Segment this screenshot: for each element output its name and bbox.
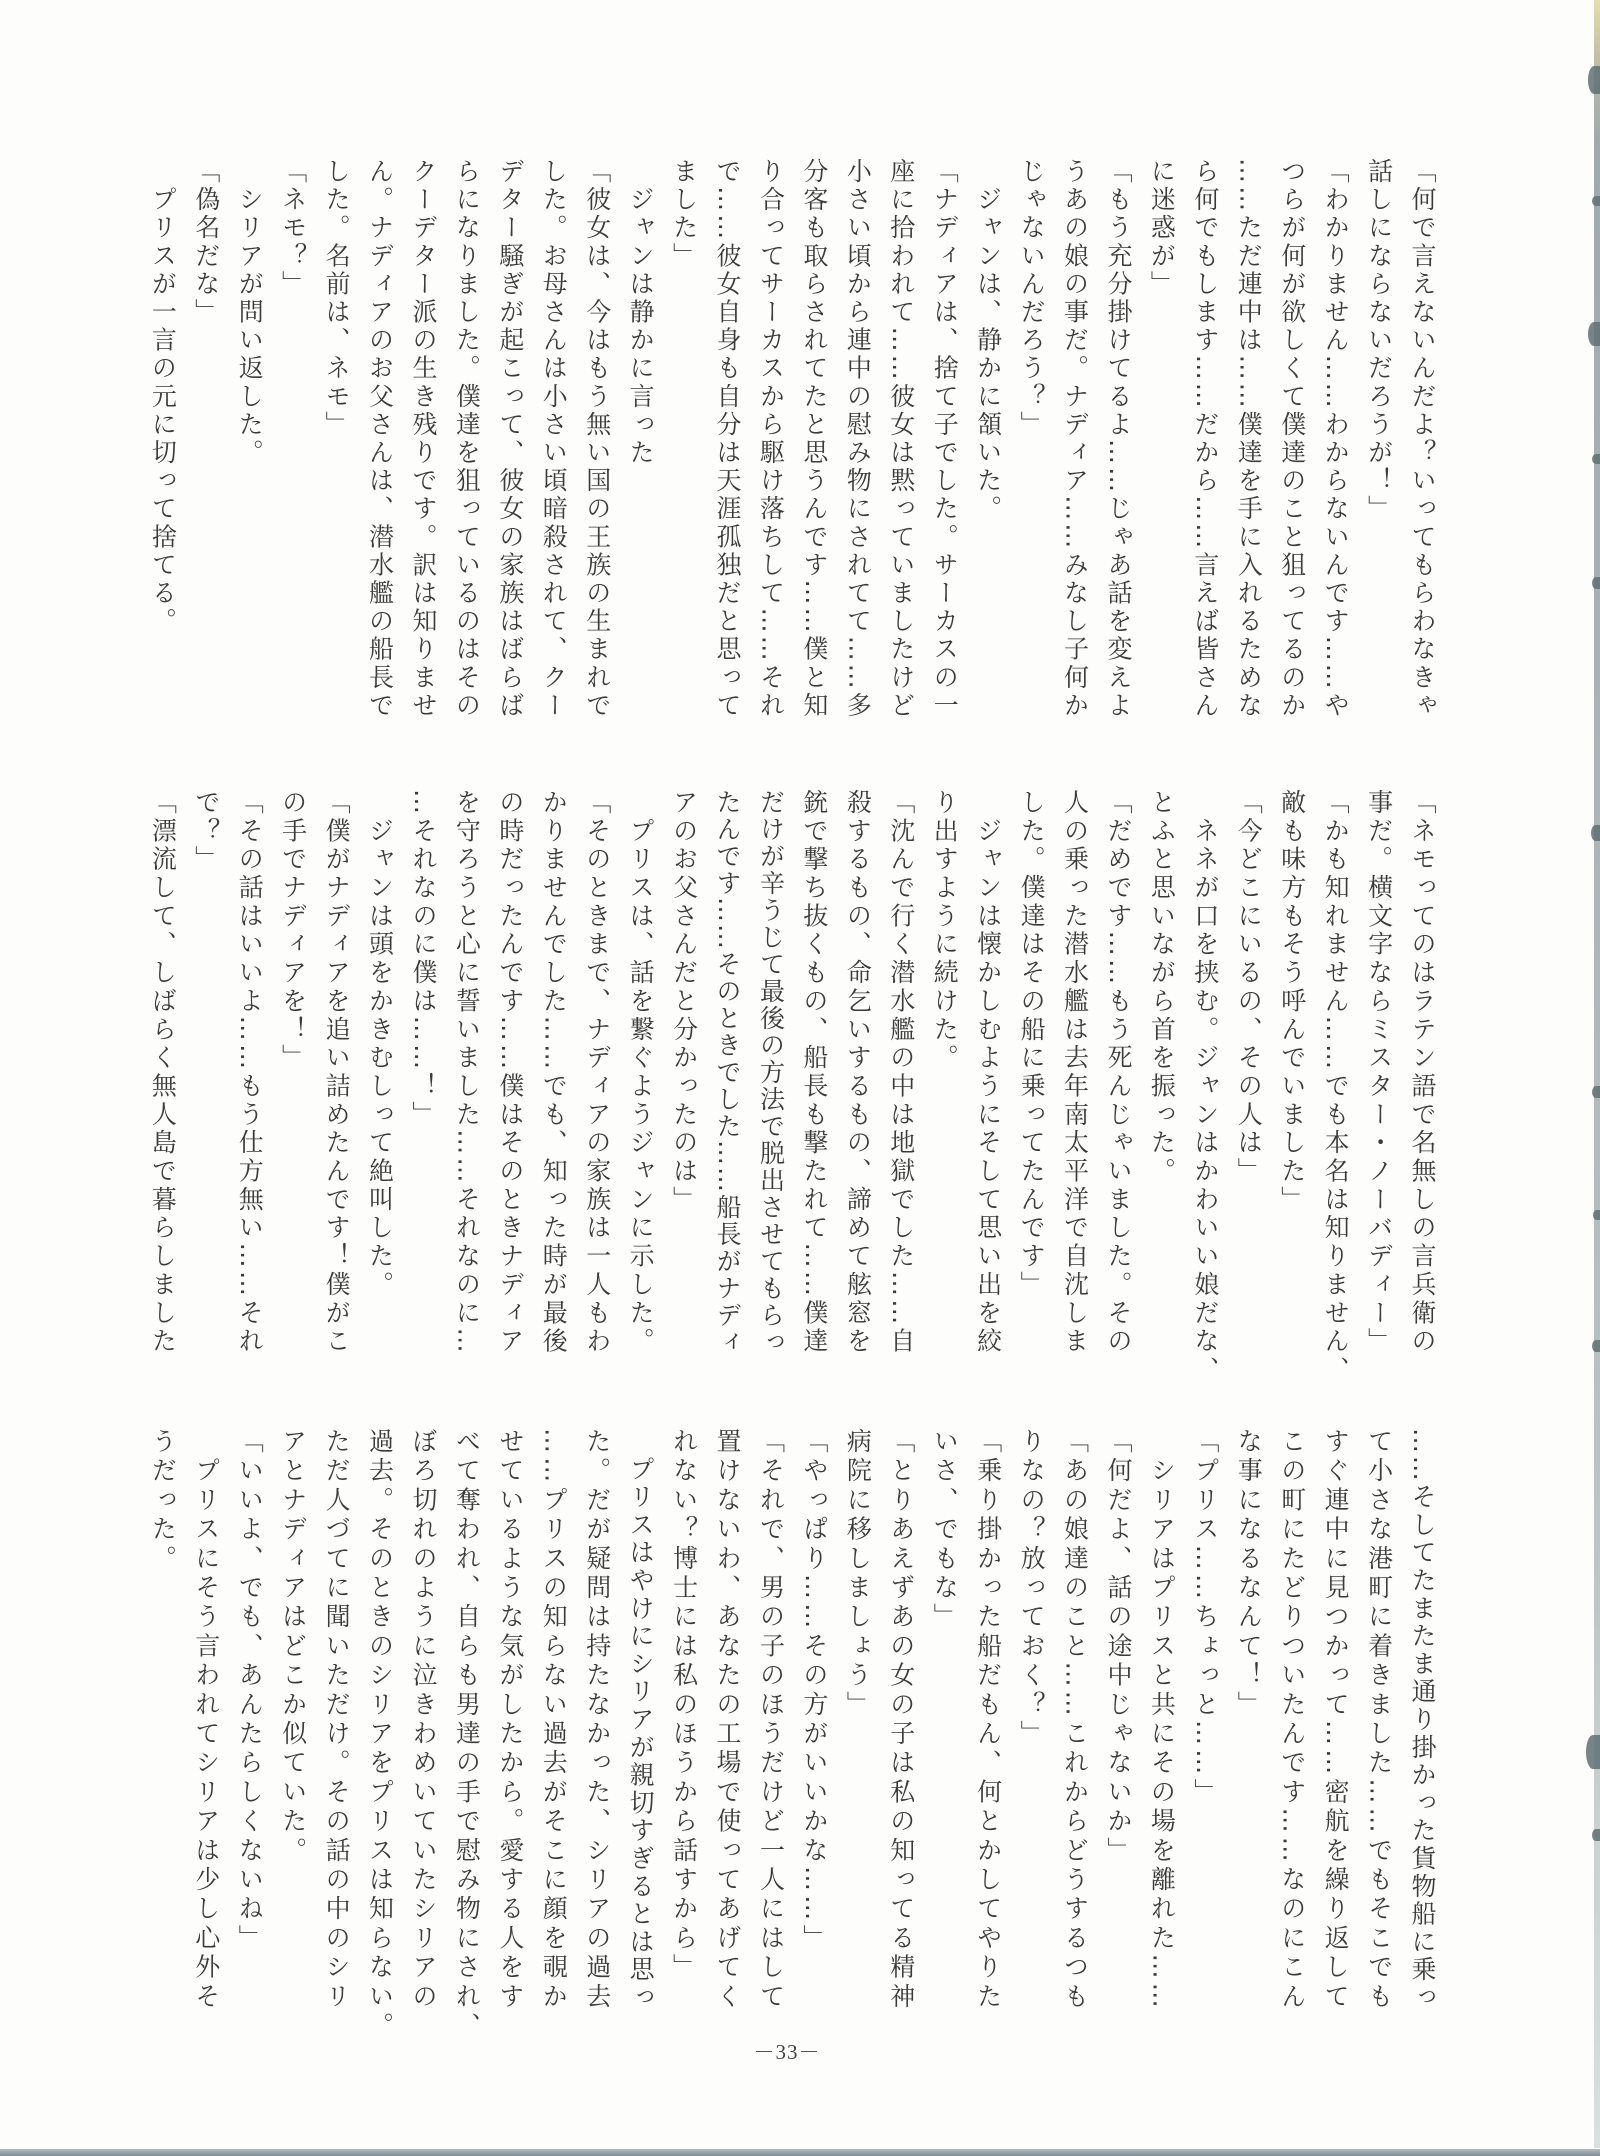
text-column: 銃で撃ち抜くもの、船長も撃たれて……僕達 [792, 789, 835, 1356]
text-column: 「乗り掛かった船だもん、何とかしてやりた [966, 1428, 1009, 2012]
text-column: ら何でもします……だから……言えば皆さん [1183, 158, 1226, 720]
text-column: を守ろうと心に誓いました……それなのに… [445, 789, 488, 1356]
text-column: 「だめです……もう死んじゃいました。その [1097, 789, 1140, 1356]
text-column: アのお父さんだと分かったのは」 [662, 789, 705, 1214]
text-column: 座に拾われて……彼女は黙っていましたけど [879, 158, 922, 720]
text-column: 分客も取らされてたと思うんです……僕と知 [792, 158, 835, 720]
text-column: シリアが問い返した。 [228, 158, 271, 467]
scan-blot [1592, 454, 1600, 464]
text-column: ました」 [662, 158, 705, 270]
text-column: 話しにならないだろうが！」 [1357, 158, 1400, 523]
text-column: たんです……そのときでした……船長がナディ [706, 789, 749, 1356]
scan-blot [1593, 1210, 1600, 1220]
text-column: 「それで、男の子のほうだけど一人にはして [749, 1428, 792, 2012]
text-column: 「あの娘達のこと……これからどうするつも [1053, 1428, 1096, 2012]
text-column: 殺するもの、命乞いするもの、諦めて舷窓を [836, 789, 879, 1356]
text-column: プリスは、話を繋ぐようジャンに示した。 [619, 789, 662, 1356]
text-column: 過去。そのときのシリアをプリスは知らない。 [358, 1428, 401, 2041]
text-column: した。僕達はその船に乗ってたんです」 [1010, 789, 1053, 1299]
text-column: 「彼女は、今はもう無い国の王族の生まれで [575, 158, 618, 720]
text-column: らになりました。僕達を狙っているのはその [445, 158, 488, 720]
text-column: た。だが疑問は持たなかった、シリアの過去 [575, 1428, 618, 2012]
text-column: 「ナディアは、捨て子でした。サーカスの一 [923, 158, 966, 720]
text-column: 「そのときまで、ナディアの家族は一人もわ [575, 789, 618, 1356]
text-column: ただ人づてに聞いただけ。その話の中のシリ [315, 1428, 358, 2012]
text-column: すぐ連中に見つかって……密航を繰り返して [1314, 1428, 1357, 2012]
text-column: の手でナディアを！」 [271, 789, 314, 1073]
text-column: で……彼女自身も自分は天涯孤独だと思って [706, 158, 749, 720]
text-column: 「ネモ？」 [271, 158, 314, 299]
text-column: 人の乗った潜水艦は去年南太平洋で自沈しま [1053, 789, 1096, 1356]
text-column: デター騒ぎが起こって、彼女の家族はばらば [488, 158, 531, 720]
text-column: りなの？放っておく？」 [1010, 1428, 1053, 1749]
text-column: プリスにそう言われてシリアは少し心外そ [184, 1428, 227, 2012]
text-tier-top: 「何で言えないんだよ？いってもらわなきゃ 話しにならないだろうが！」 「わかりま… [140, 158, 1444, 720]
text-column: 「偽名だな」 [184, 158, 227, 327]
text-column: 「その話はいいよ……もう仕方無い……それ [228, 789, 271, 1356]
text-column: ジャンは頭をかきむしって絶叫した。 [358, 789, 401, 1299]
scan-blot [1591, 825, 1600, 841]
text-column: シリアはプリスと共にその場を離れた…… [1140, 1428, 1183, 2012]
text-column: な事になるなんて！」 [1227, 1428, 1270, 1720]
text-column: べて奪われ、自らも男達の手で慰み物にされ、 [445, 1428, 488, 2041]
text-column: ぼろ切れのように泣きわめいていたシリアの [402, 1428, 445, 2012]
text-column: 「何で言えないんだよ？いってもらわなきゃ [1401, 158, 1444, 720]
scan-blot [1592, 196, 1600, 206]
text-column: 「何だよ、話の途中じゃないか」 [1097, 1428, 1140, 1866]
scan-blot [1586, 1735, 1600, 1769]
text-column: 「やっぱり……その方がいいかな……」 [792, 1428, 835, 1954]
text-column: ジャンは静かに言った [619, 158, 662, 467]
text-tier-bottom: ……そしてたまたま通り掛かった貨物船に乗っ て小さな港町に着きました……でもそこ… [140, 1428, 1444, 2041]
text-column: うだった。 [141, 1428, 184, 1574]
text-column: ……ただ連中は……僕達を手に入れるためな [1227, 158, 1270, 720]
text-column: ジャンは、静かに頷いた。 [966, 158, 1009, 523]
text-column: つらが何が欲しくて僕達のこと狙ってるのか [1270, 158, 1313, 720]
text-column: 「いいよ、でも、あんたらしくないね」 [228, 1428, 271, 1954]
text-column: て小さな港町に着きました……でもそこでも [1357, 1428, 1400, 2012]
scan-blot [1592, 1829, 1600, 1841]
text-column: り出すように続けた。 [923, 789, 966, 1073]
text-column: 「今どこにいるの、その人は」 [1227, 789, 1270, 1186]
scan-blot [1588, 66, 1600, 94]
text-column: この町にたどりついたんです……なのにこん [1270, 1428, 1313, 2012]
page-number: －33－ [740, 2036, 834, 2066]
text-column: した。名前は、ネモ」 [315, 158, 358, 439]
text-column: 病院に移しましょう」 [836, 1428, 879, 1720]
text-column: プリスが一言の元に切って捨てる。 [141, 158, 184, 636]
text-column: 「漂流して、しばらく無人島で暮らしました [141, 789, 184, 1356]
text-column: 「とりあえずあの女の子は私の知ってる精神 [879, 1428, 922, 2012]
text-column: り合ってサーカスから駆け落ちして……それ [749, 158, 792, 720]
text-column: せているような気がしたから。愛する人をす [488, 1428, 531, 2012]
scan-blot [1592, 1340, 1600, 1352]
scan-blot [1588, 322, 1600, 346]
text-column: 事だ。横文字ならミスター・ノーバディー」 [1357, 789, 1400, 1356]
text-column: 小さい頃から連中の慰み物にされてて……多 [836, 158, 879, 720]
text-tier-middle: 「ネモってのはラテン語で名無しの言兵衛の 事だ。横文字ならミスター・ノーバディー… [140, 789, 1444, 1384]
text-column: うあの娘の事だ。ナディア……みなし子何か [1053, 158, 1096, 720]
text-column: とふと思いながら首を振った。 [1140, 789, 1183, 1186]
text-column: した。お母さんは小さい頃暗殺されて、クー [532, 158, 575, 720]
text-column: 敵も味方もそう呼んでいました」 [1270, 789, 1313, 1214]
text-column: …それなのに僕は……！」 [402, 789, 445, 1129]
text-column: 「僕がナディアを追い詰めたんです！僕がこ [315, 789, 358, 1356]
text-column: れない？博士には私のほうから話すから」 [662, 1428, 705, 1983]
text-column: に迷惑が」 [1140, 158, 1183, 299]
text-column: いさ、でもな」 [923, 1428, 966, 1632]
text-column: 置けないわ、あなたの工場で使ってあげてく [706, 1428, 749, 2012]
text-column: ……プリスの知らない過去がそこに顔を覗か [532, 1428, 575, 2012]
text-column: ネネが口を挟む。ジャンはかわいい娘だな、 [1183, 789, 1226, 1384]
text-column: 「かも知れません……でも本名は知りません、 [1314, 789, 1357, 1384]
scan-edge-bottom [0, 2149, 1600, 2156]
text-column: じゃないんだろう？」 [1010, 158, 1053, 439]
text-column: 「沈んで行く潜水艦の中は地獄でした……自 [879, 789, 922, 1356]
text-column: クーデター派の生き残りです。訳は知りませ [402, 158, 445, 720]
text-column: の時だったんです……僕はそのときナディア [488, 789, 531, 1356]
text-column: プリスはやけにシリアが親切すぎるとは思っ [619, 1428, 662, 2012]
text-column: ……そしてたまたま通り掛かった貨物船に乗っ [1401, 1428, 1444, 2012]
scanned-book-page: 「何で言えないんだよ？いってもらわなきゃ 話しにならないだろうが！」 「わかりま… [0, 0, 1600, 2156]
text-column: だけが辛うじて最後の方法で脱出させてもらっ [749, 789, 792, 1356]
text-column: ん。ナディアのお父さんは、潜水艦の船長で [358, 158, 401, 720]
text-column: かりませんでした……でも、知った時が最後 [532, 789, 575, 1356]
text-column: で？」 [184, 789, 227, 874]
text-column: 「ネモってのはラテン語で名無しの言兵衛の [1401, 789, 1444, 1356]
scan-blot [1592, 577, 1600, 589]
text-column: 「プリス……ちょっと……」 [1183, 1428, 1226, 1808]
scan-blot [1592, 1086, 1600, 1098]
text-column: アとナディアはどこか似ていた。 [271, 1428, 314, 1866]
text-column: ジャンは懐かしむようにそして思い出を絞 [966, 789, 1009, 1356]
text-column: 「わかりません……わからないんです……や [1314, 158, 1357, 720]
text-column: 「もう充分掛けてるよ……じゃあ話を変えよ [1097, 158, 1140, 720]
